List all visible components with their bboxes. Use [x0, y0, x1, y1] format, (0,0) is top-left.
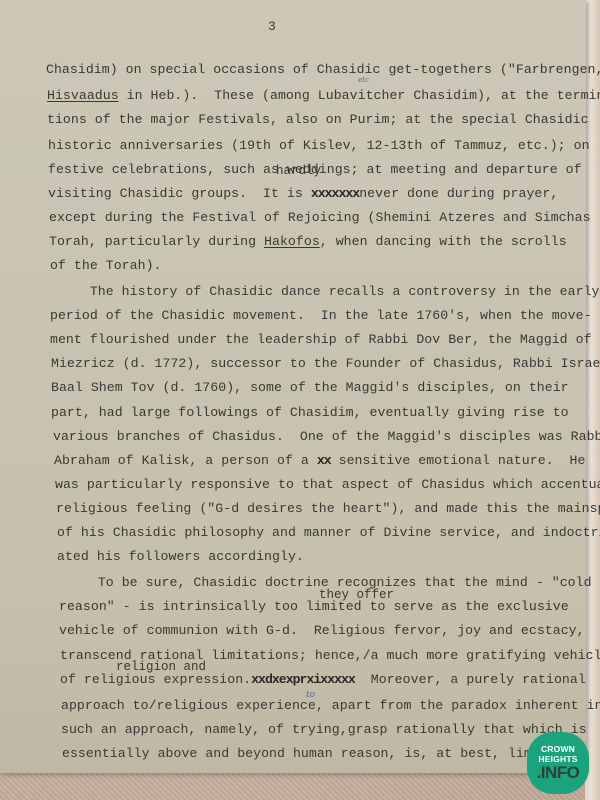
text-segment: approach to/religious experience, apart … [61, 698, 600, 713]
text-line: Torah, particularly during Hakofos, when… [49, 234, 567, 249]
logo-line-crown: CROWN [541, 745, 575, 754]
text-segment: period of the Chasidic movement. In the … [50, 308, 592, 323]
text-segment: historic anniversaries (19th of Kislev, … [48, 138, 590, 153]
text-line: Chasidim) on special occasions of Chasid… [46, 62, 600, 77]
logo-line-info: .INFO [537, 764, 580, 781]
logo-line-heights: HEIGHTS [538, 755, 577, 764]
text-segment: reason" - is intrinsically too limited t… [59, 599, 569, 614]
text-segment: Torah, particularly during [49, 234, 264, 249]
text-line: part, had large followings of Chasidim, … [51, 405, 569, 420]
text-segment: such an approach, namely, of trying,gras… [61, 722, 587, 737]
text-line: Hisvaadus in Heb.). These (among Lubavit… [47, 88, 600, 103]
text-line: approach to/religious experience, apart … [61, 698, 600, 713]
typewritten-page: 3 Chasidim) on special occasions of Chas… [0, 0, 586, 773]
text-segment: ment flourished under the leadership of … [50, 332, 592, 347]
text-segment: of his Chasidic philosophy and manner of… [57, 525, 600, 540]
text-segment: Baal Shem Tov (d. 1760), some of the Mag… [51, 380, 569, 395]
text-line: reason" - is intrinsically too limited t… [59, 599, 569, 614]
text-segment: religious feeling ("G-d desires the hear… [56, 501, 600, 516]
text-line: Abraham of Kalisk, a person of a xx sens… [54, 453, 585, 468]
text-line: such an approach, namely, of trying,gras… [61, 722, 587, 737]
text-line: Baal Shem Tov (d. 1760), some of the Mag… [51, 380, 569, 395]
text-line: Miezricz (d. 1772), successor to the Fou… [51, 356, 600, 371]
text-line: religious feeling ("G-d desires the hear… [56, 501, 600, 516]
text-line: tions of the major Festivals, also on Pu… [47, 112, 589, 127]
text-line: of the Torah). [50, 258, 162, 273]
underlined-term: Hisvaadus [47, 88, 119, 103]
text-line: The history of Chasidic dance recalls a … [50, 284, 600, 299]
text-line: visiting Chasidic groups. It is xxxxxxxn… [48, 186, 558, 201]
text-line: various branches of Chasidus. One of the… [53, 429, 600, 444]
text-segment: of religious expression. [60, 672, 251, 687]
typed-insertion-they-offer: they offer [319, 588, 394, 602]
text-segment: various branches of Chasidus. One of the… [53, 429, 600, 444]
text-segment: The history of Chasidic dance recalls a … [50, 284, 600, 299]
page-number: 3 [268, 19, 276, 34]
struck-out-text: xxdxexprxixxxxx [251, 672, 355, 687]
text-segment: Chasidim) on special occasions of Chasid… [46, 62, 600, 77]
text-segment: except during the Festival of Rejoicing … [49, 210, 591, 225]
text-segment: essentially above and beyond human reaso… [62, 746, 588, 761]
text-line: historic anniversaries (19th of Kislev, … [48, 138, 590, 153]
typed-insertion-hardly: hardly [276, 164, 321, 178]
text-segment: part, had large followings of Chasidim, … [51, 405, 569, 420]
handwritten-annotation-etc: etc [358, 76, 369, 84]
text-segment: sensitive emotional nature. He [331, 453, 586, 468]
text-line: of religious expression.xxdxexprxixxxxx … [60, 672, 586, 687]
text-segment: visiting Chasidic groups. It is [48, 186, 311, 201]
text-segment: Moreover, a purely rational [355, 672, 586, 687]
text-segment: never done during prayer, [359, 186, 558, 201]
text-line: essentially above and beyond human reaso… [62, 746, 588, 761]
text-segment: in Heb.). These (among Lubavitcher Chasi… [119, 88, 600, 103]
typed-insertion-religion-and: religion and [116, 660, 206, 674]
text-segment: , when dancing with the scrolls [320, 234, 567, 249]
text-segment: Miezricz (d. 1772), successor to the Fou… [51, 356, 600, 371]
text-line: vehicle of communion with G-d. Religious… [59, 623, 585, 638]
text-line: ated his followers accordingly. [57, 549, 304, 564]
text-segment: ated his followers accordingly. [57, 549, 304, 564]
struck-out-text: xxxxxxx [311, 186, 359, 201]
underlined-term: Hakofos [264, 234, 320, 249]
text-line: period of the Chasidic movement. In the … [50, 308, 592, 323]
text-segment: was particularly responsive to that aspe… [55, 477, 600, 492]
crownheights-info-logo: CROWN HEIGHTS .INFO [527, 732, 589, 794]
struck-out-text: xx [317, 453, 331, 468]
text-line: ment flourished under the leadership of … [50, 332, 592, 347]
text-segment: Abraham of Kalisk, a person of a [54, 453, 317, 468]
handwritten-annotation-to: to [306, 690, 315, 700]
text-segment: tions of the major Festivals, also on Pu… [47, 112, 589, 127]
text-line: except during the Festival of Rejoicing … [49, 210, 591, 225]
text-line: of his Chasidic philosophy and manner of… [57, 525, 600, 540]
text-segment: vehicle of communion with G-d. Religious… [59, 623, 585, 638]
text-segment: of the Torah). [50, 258, 162, 273]
text-line: was particularly responsive to that aspe… [55, 477, 600, 492]
